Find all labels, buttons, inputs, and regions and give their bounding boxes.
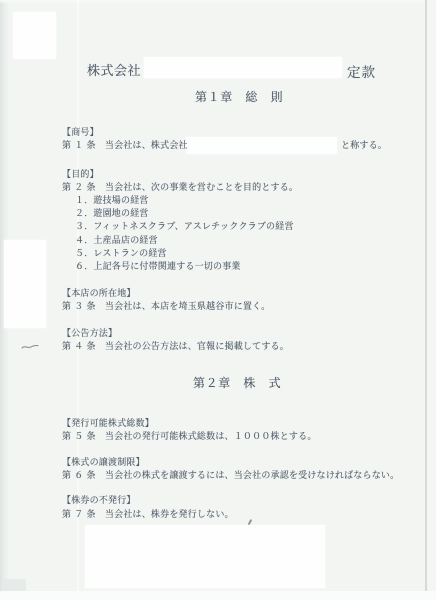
business-item-4: ４．土産品店の経営 xyxy=(75,235,158,247)
redaction-box-company-name-header xyxy=(144,57,342,78)
article-6-bracket-heading: 【株式の譲渡制限】 xyxy=(62,457,145,469)
scan-smudge-bottom-left xyxy=(4,579,26,591)
business-item-2: ２．遊園地の経営 xyxy=(75,208,149,220)
redaction-box-company-name-article1 xyxy=(186,137,337,154)
pen-mark-squiggle xyxy=(21,343,39,351)
company-prefix: 株式会社 xyxy=(87,60,141,79)
scan-edge-top xyxy=(0,0,436,4)
chapter-1-heading: 第１章 総 則 xyxy=(195,88,283,105)
business-item-6: ６．上記各号に付帯関連する一切の事業 xyxy=(75,261,241,273)
article-1-text-pre: 第 １ 条 当会社は、株式会社 xyxy=(62,140,188,152)
document-title: 定款 xyxy=(347,61,376,81)
scan-edge-right xyxy=(427,0,436,600)
scanned-document-page: 株式会社 定款 第１章 総 則 【商号】 第 １ 条 当会社は、株式会社 と称す… xyxy=(0,0,436,600)
article-4-bracket-heading: 【公告方法】 xyxy=(62,328,117,340)
business-item-1: １．遊技場の経営 xyxy=(75,195,149,207)
article-2-bracket-heading: 【目的】 xyxy=(62,169,99,181)
chapter-2-heading: 第２章 株 式 xyxy=(193,374,281,391)
article-5-text: 第 ５ 条 当会社の発行可能株式総数は、１０００株とする。 xyxy=(62,431,317,443)
scan-edge-bottom xyxy=(0,591,436,600)
article-1-bracket-heading: 【商号】 xyxy=(62,127,99,139)
business-item-5: ５．レストランの経営 xyxy=(75,248,167,260)
redaction-box-left-margin xyxy=(4,240,46,328)
redaction-box-top-left xyxy=(13,12,56,59)
article-1-text-post: と称する。 xyxy=(341,140,387,152)
article-5-bracket-heading: 【発行可能株式総数】 xyxy=(62,418,154,430)
redaction-box-bottom xyxy=(85,525,325,588)
article-2-text: 第 ２ 条 当会社は、次の事業を営むことを目的とする。 xyxy=(62,182,298,194)
article-3-bracket-heading: 【本店の所在地】 xyxy=(62,288,136,300)
article-3-text: 第 ３ 条 当会社は、本店を埼玉県越谷市に置く。 xyxy=(62,301,270,313)
article-7-bracket-heading: 【株券の不発行】 xyxy=(62,495,136,507)
article-7-text: 第 ７ 条 当会社は、株券を発行しない。 xyxy=(62,509,234,521)
article-4-text: 第 ４ 条 当会社の公告方法は、官報に掲載してする。 xyxy=(62,341,289,353)
article-6-text: 第 ６ 条 当会社の株式を譲渡するには、当会社の承認を受けなければならない。 xyxy=(62,470,399,482)
business-item-3: ３．フィットネスクラブ、アスレチッククラブの経営 xyxy=(75,221,294,233)
